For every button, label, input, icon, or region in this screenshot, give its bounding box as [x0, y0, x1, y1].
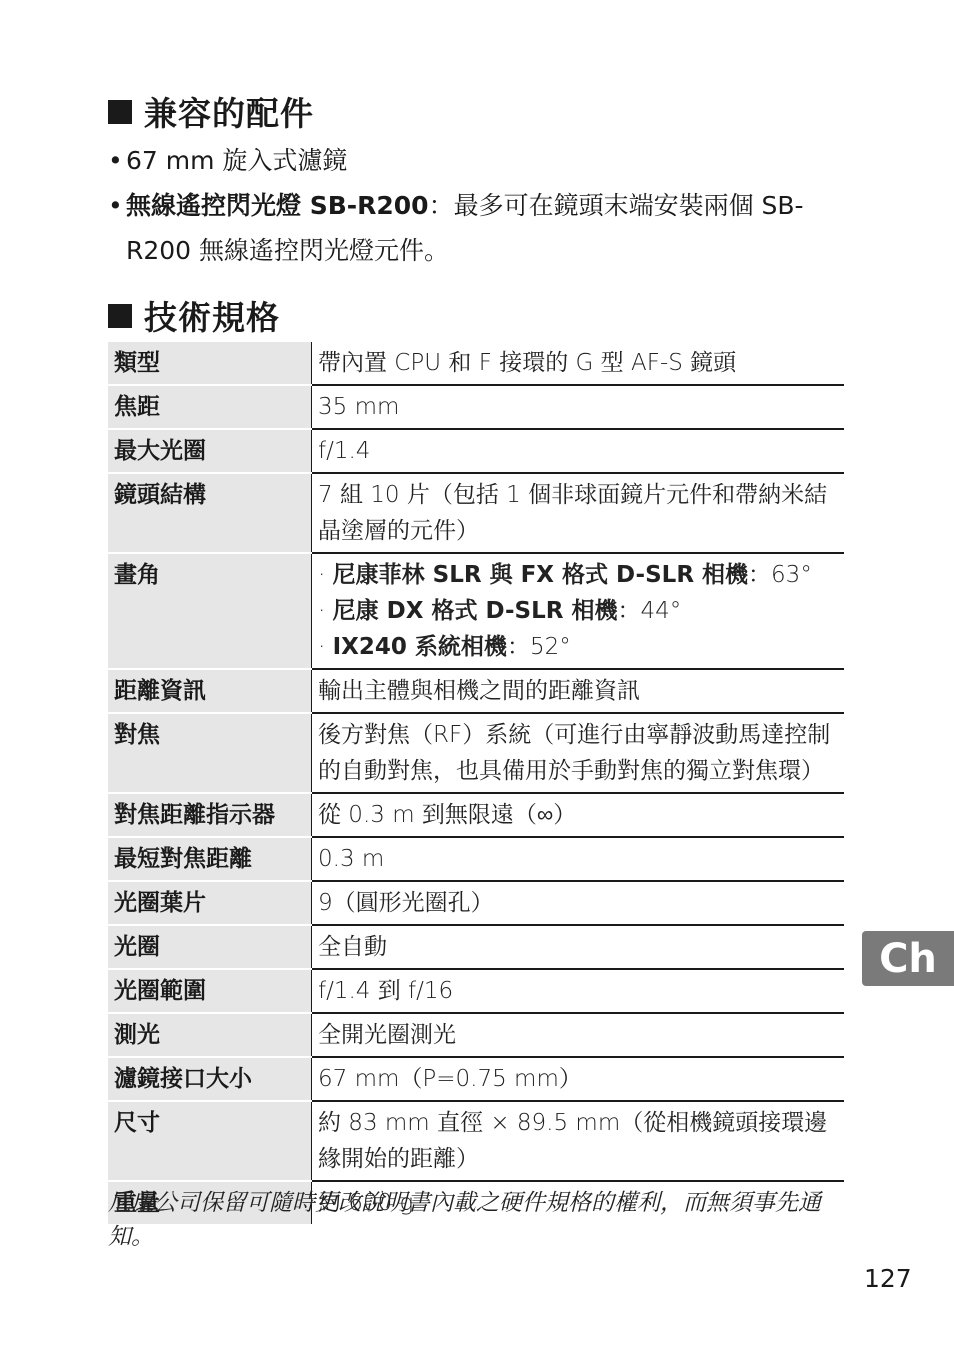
table-row: 尺寸約 83 mm 直徑 × 89.5 mm（從相機鏡頭接環邊緣開始的距離） — [108, 1101, 844, 1181]
spec-value: 67 mm（P=0.75 mm） — [312, 1057, 845, 1101]
table-row: 對焦後方對焦（RF）系統（可進行由寧靜波動馬達控制的自動對焦，也具備用於手動對焦… — [108, 713, 844, 793]
spec-value: f/1.4 到 f/16 — [312, 969, 845, 1013]
spec-value: · 尼康菲林 SLR 與 FX 格式 D-SLR 相機：63°· 尼康 DX 格… — [312, 553, 845, 669]
list-item: • 無線遙控閃光燈 SB-R200：最多可在鏡頭末端安裝兩個 SB-R200 無… — [108, 183, 848, 273]
spec-value: 35 mm — [312, 385, 845, 429]
accessories-list: • 67 mm 旋入式濾鏡 • 無線遙控閃光燈 SB-R200：最多可在鏡頭末端… — [108, 138, 848, 273]
spec-label: 光圈葉片 — [108, 881, 312, 925]
spec-label: 對焦 — [108, 713, 312, 793]
spec-value: 全自動 — [312, 925, 845, 969]
spec-label: 測光 — [108, 1013, 312, 1057]
spec-label: 濾鏡接口大小 — [108, 1057, 312, 1101]
spec-value: 約 83 mm 直徑 × 89.5 mm（從相機鏡頭接環邊緣開始的距離） — [312, 1101, 845, 1181]
bullet-dot-icon: · — [318, 598, 333, 624]
spec-sub-item: · 尼康菲林 SLR 與 FX 格式 D-SLR 相機：63° — [318, 557, 839, 593]
spec-label: 鏡頭結構 — [108, 473, 312, 553]
spec-value: 全開光圈測光 — [312, 1013, 845, 1057]
spec-label: 最大光圈 — [108, 429, 312, 473]
specs-table: 類型帶內置 CPU 和 F 接環的 G 型 AF-S 鏡頭焦距35 mm最大光圈… — [108, 342, 844, 1224]
table-row: 距離資訊輸出主體與相機之間的距離資訊 — [108, 669, 844, 713]
spec-sub-item: · 尼康 DX 格式 D-SLR 相機：44° — [318, 593, 839, 629]
square-bullet-icon — [108, 304, 132, 328]
spec-label: 畫角 — [108, 553, 312, 669]
table-row: 光圈範圍f/1.4 到 f/16 — [108, 969, 844, 1013]
table-row: 畫角· 尼康菲林 SLR 與 FX 格式 D-SLR 相機：63°· 尼康 DX… — [108, 553, 844, 669]
square-bullet-icon — [108, 100, 132, 124]
table-row: 最大光圈f/1.4 — [108, 429, 844, 473]
bullet-dot-icon: • — [108, 183, 126, 273]
bullet-dot-icon: · — [318, 562, 333, 588]
spec-label: 對焦距離指示器 — [108, 793, 312, 837]
spec-value: 後方對焦（RF）系統（可進行由寧靜波動馬達控制的自動對焦，也具備用於手動對焦的獨… — [312, 713, 845, 793]
spec-value: f/1.4 — [312, 429, 845, 473]
spec-value: 7 組 10 片（包括 1 個非球面鏡片元件和帶納米結晶塗層的元件） — [312, 473, 845, 553]
page-number: 127 — [864, 1264, 912, 1293]
spec-label: 光圈 — [108, 925, 312, 969]
spec-label: 類型 — [108, 342, 312, 385]
footnote: 尼康公司保留可隨時更改說明書內載之硬件規格的權利，而無須事先通知。 — [108, 1186, 848, 1254]
bullet-dot-icon: • — [108, 138, 126, 183]
bullet-dot-icon: · — [318, 634, 333, 660]
spec-label: 尺寸 — [108, 1101, 312, 1181]
table-row: 測光全開光圈測光 — [108, 1013, 844, 1057]
specs-heading: 技術規格 — [108, 292, 280, 339]
spec-value: 帶內置 CPU 和 F 接環的 G 型 AF-S 鏡頭 — [312, 342, 845, 385]
table-row: 光圈全自動 — [108, 925, 844, 969]
spec-value: 從 0.3 m 到無限遠（∞） — [312, 793, 845, 837]
spec-label: 光圈範圍 — [108, 969, 312, 1013]
table-row: 對焦距離指示器從 0.3 m 到無限遠（∞） — [108, 793, 844, 837]
table-row: 光圈葉片9（圓形光圈孔） — [108, 881, 844, 925]
spec-label: 焦距 — [108, 385, 312, 429]
table-row: 焦距35 mm — [108, 385, 844, 429]
accessories-heading: 兼容的配件 — [108, 88, 314, 135]
spec-value: 輸出主體與相機之間的距離資訊 — [312, 669, 845, 713]
spec-value: 9（圓形光圈孔） — [312, 881, 845, 925]
table-row: 鏡頭結構7 組 10 片（包括 1 個非球面鏡片元件和帶納米結晶塗層的元件） — [108, 473, 844, 553]
table-row: 最短對焦距離0.3 m — [108, 837, 844, 881]
spec-sub-item: · IX240 系統相機：52° — [318, 629, 839, 665]
spec-label: 距離資訊 — [108, 669, 312, 713]
spec-value: 0.3 m — [312, 837, 845, 881]
list-item: • 67 mm 旋入式濾鏡 — [108, 138, 848, 183]
chapter-tab: Ch — [862, 931, 954, 986]
table-row: 濾鏡接口大小67 mm（P=0.75 mm） — [108, 1057, 844, 1101]
table-row: 類型帶內置 CPU 和 F 接環的 G 型 AF-S 鏡頭 — [108, 342, 844, 385]
spec-label: 最短對焦距離 — [108, 837, 312, 881]
